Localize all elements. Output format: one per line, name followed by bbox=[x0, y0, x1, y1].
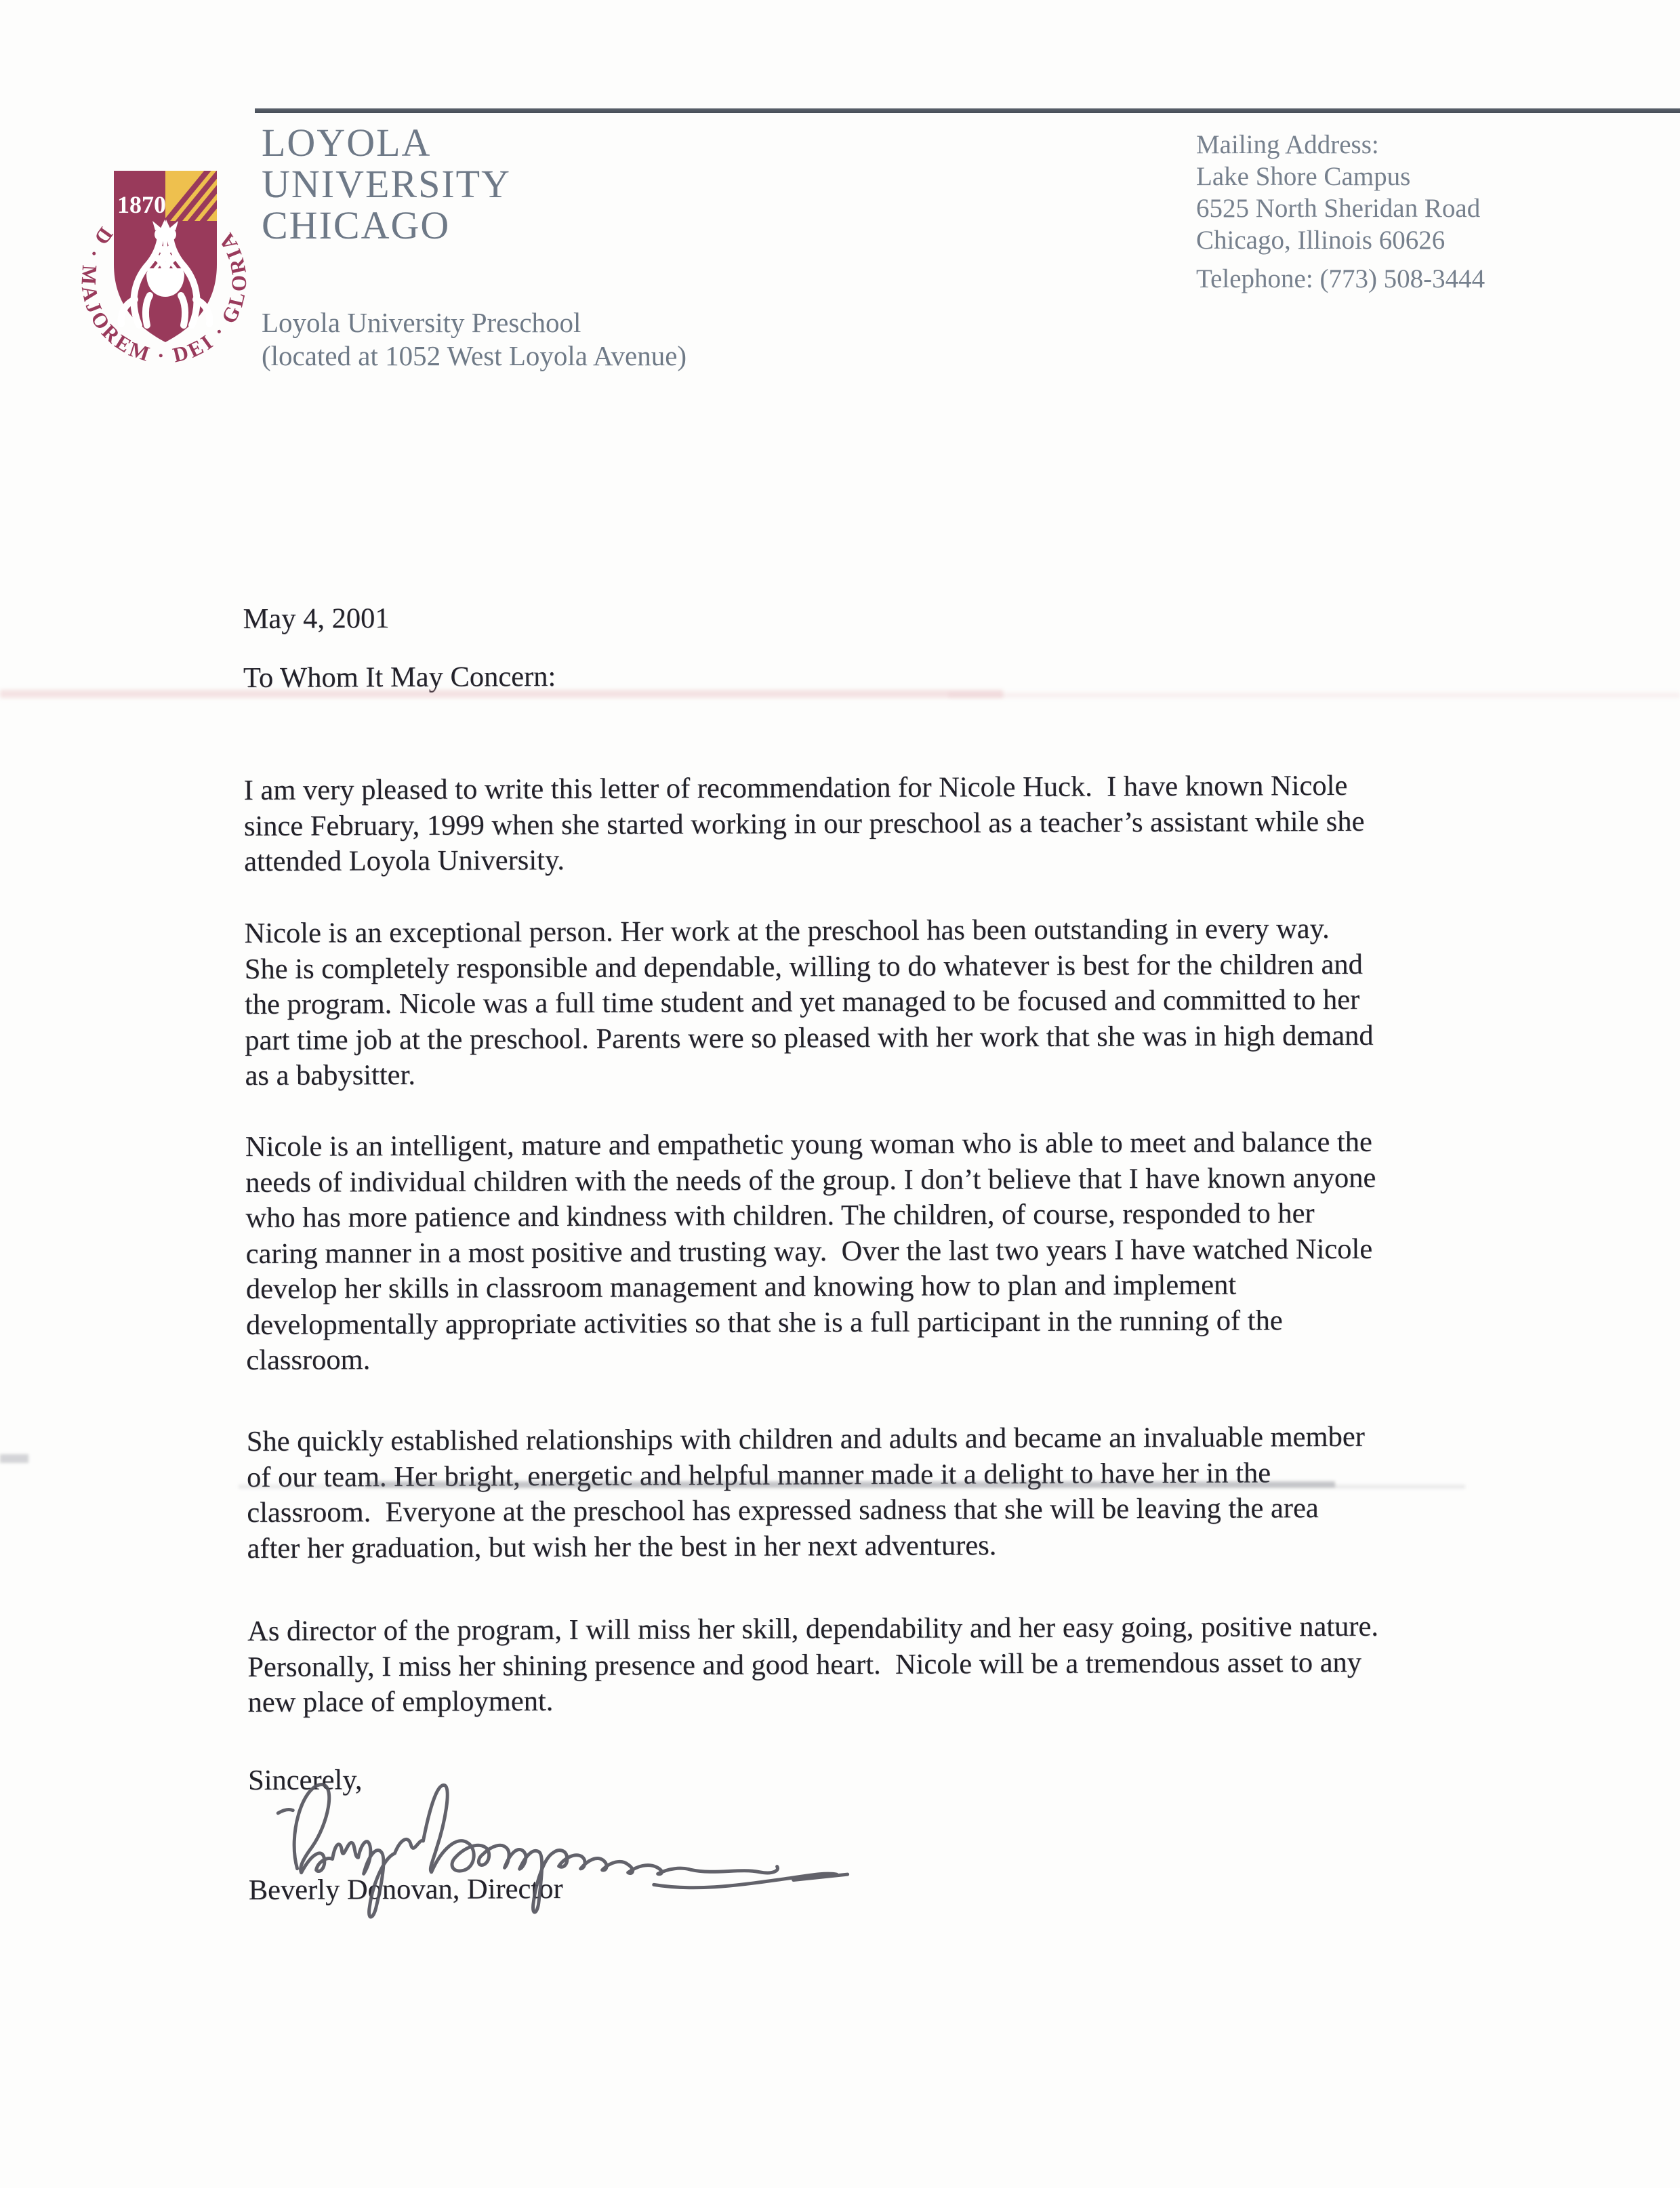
text-line: She quickly established relationships wi… bbox=[247, 1420, 1365, 1460]
text-line: new place of employment. bbox=[247, 1680, 1378, 1721]
text-line: developmentally appropriate activities s… bbox=[246, 1302, 1376, 1343]
text-line: attended Loyola University. bbox=[244, 840, 1365, 880]
text-line: I am very pleased to write this letter o… bbox=[244, 768, 1365, 809]
text-line: develop her skills in classroom manageme… bbox=[246, 1267, 1376, 1308]
text-line: Nicole is an exceptional person. Her wor… bbox=[244, 911, 1373, 952]
letter-page: LOYOLAUNIVERSITYCHICAGO Mailing Address:… bbox=[0, 0, 1680, 2188]
text-line: Nicole is an intelligent, mature and emp… bbox=[245, 1125, 1376, 1165]
text-line: caring manner in a most positive and tru… bbox=[246, 1231, 1376, 1272]
text-line: classroom. bbox=[246, 1338, 1376, 1379]
signer-name-line: Beverly Donovan, Director bbox=[249, 1872, 563, 1909]
text-line: As director of the program, I will miss … bbox=[247, 1609, 1378, 1650]
text-line: as a babysitter. bbox=[245, 1054, 1374, 1094]
letter-paragraph: I am very pleased to write this letter o… bbox=[244, 768, 1365, 880]
text-line: classroom. Everyone at the preschool has… bbox=[247, 1491, 1365, 1531]
text-line: after her graduation, but wish her the b… bbox=[247, 1526, 1365, 1567]
salutation: To Whom It May Concern: bbox=[243, 659, 556, 697]
letter-body: May 4, 2001 To Whom It May Concern: I am… bbox=[0, 0, 1680, 2188]
text-line: who has more patience and kindness with … bbox=[245, 1196, 1376, 1237]
text-line: the program. Nicole was a full time stud… bbox=[245, 983, 1374, 1023]
text-line: part time job at the preschool. Parents … bbox=[245, 1018, 1374, 1058]
letter-paragraph: As director of the program, I will miss … bbox=[247, 1609, 1379, 1721]
letter-date: May 4, 2001 bbox=[243, 601, 389, 637]
text-line: of our team. Her bright, energetic and h… bbox=[247, 1455, 1365, 1495]
letter-paragraph: Nicole is an exceptional person. Her wor… bbox=[244, 911, 1373, 1094]
letter-paragraph: She quickly established relationships wi… bbox=[247, 1420, 1366, 1567]
text-line: Personally, I miss her shining presence … bbox=[247, 1645, 1378, 1685]
closing: Sincerely, bbox=[248, 1762, 363, 1798]
text-line: since February, 1999 when she started wo… bbox=[244, 804, 1365, 844]
letter-paragraph: Nicole is an intelligent, mature and emp… bbox=[245, 1125, 1377, 1379]
text-line: needs of individual children with the ne… bbox=[245, 1160, 1376, 1201]
text-line: She is completely responsible and depend… bbox=[245, 947, 1374, 987]
